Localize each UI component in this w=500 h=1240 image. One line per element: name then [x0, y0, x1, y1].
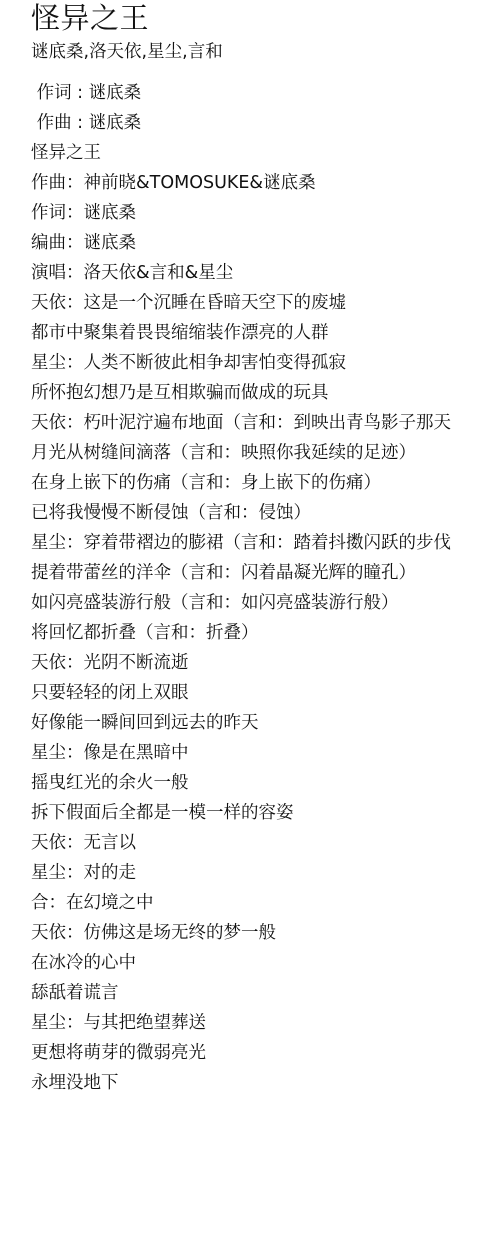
lyric-line: 在冰冷的心中	[31, 948, 500, 978]
lyric-line: 作曲 : 谜底桑	[31, 108, 500, 138]
lyric-line: 都市中聚集着畏畏缩缩装作漂亮的人群	[31, 318, 500, 348]
lyrics-page: 怪异之王 谜底桑,洛天依,星尘,言和 作词 : 谜底桑 作曲 : 谜底桑 怪异之…	[31, 0, 500, 1098]
lyric-line: 提着带蕾丝的洋伞（言和：闪着晶凝光辉的瞳孔）	[31, 558, 500, 588]
lyric-line: 所怀抱幻想乃是互相欺骗而做成的玩具	[31, 378, 500, 408]
song-artists: 谜底桑,洛天依,星尘,言和	[31, 38, 500, 66]
lyric-line: 演唱：洛天依&言和&星尘	[31, 258, 500, 288]
lyric-line: 星尘：对的走	[31, 858, 500, 888]
song-title: 怪异之王	[31, 0, 500, 36]
lyric-line: 如闪亮盛装游行般（言和：如闪亮盛装游行般）	[31, 588, 500, 618]
lyric-line: 星尘：像是在黑暗中	[31, 738, 500, 768]
lyric-line: 星尘：人类不断彼此相争却害怕变得孤寂	[31, 348, 500, 378]
lyric-line: 在身上嵌下的伤痛（言和：身上嵌下的伤痛）	[31, 468, 500, 498]
lyric-line: 拆下假面后全都是一模一样的容姿	[31, 798, 500, 828]
lyric-line: 天依：这是一个沉睡在昏暗天空下的废墟	[31, 288, 500, 318]
lyric-line: 舔舐着谎言	[31, 978, 500, 1008]
lyric-line: 将回忆都折叠（言和：折叠）	[31, 618, 500, 648]
lyric-line: 天依：光阴不断流逝	[31, 648, 500, 678]
lyric-line: 天依：无言以	[31, 828, 500, 858]
lyric-line: 作曲：神前晓&TOMOSUKE&谜底桑	[31, 168, 500, 198]
lyric-line: 月光从树缝间滴落（言和：映照你我延续的足迹）	[31, 438, 500, 468]
lyric-line: 作词 : 谜底桑	[31, 78, 500, 108]
lyric-line: 天依：仿佛这是场无终的梦一般	[31, 918, 500, 948]
lyric-line: 已将我慢慢不断侵蚀（言和：侵蚀）	[31, 498, 500, 528]
lyric-line: 合：在幻境之中	[31, 888, 500, 918]
lyric-line: 摇曳红光的余火一般	[31, 768, 500, 798]
lyric-line: 好像能一瞬间回到远去的昨天	[31, 708, 500, 738]
lyric-line: 永埋没地下	[31, 1068, 500, 1098]
lyric-line: 编曲：谜底桑	[31, 228, 500, 258]
lyric-line: 怪异之王	[31, 138, 500, 168]
lyric-line: 星尘：穿着带褶边的膨裙（言和：踏着抖擞闪跃的步伐	[31, 528, 500, 558]
lyrics-list: 作词 : 谜底桑 作曲 : 谜底桑 怪异之王 作曲：神前晓&TOMOSUKE&谜…	[31, 78, 500, 1098]
lyric-line: 更想将萌芽的微弱亮光	[31, 1038, 500, 1068]
lyric-line: 星尘：与其把绝望葬送	[31, 1008, 500, 1038]
lyric-line: 天依：朽叶泥泞遍布地面（言和：到映出青鸟影子那天	[31, 408, 500, 438]
lyric-line: 只要轻轻的闭上双眼	[31, 678, 500, 708]
lyric-line: 作词：谜底桑	[31, 198, 500, 228]
